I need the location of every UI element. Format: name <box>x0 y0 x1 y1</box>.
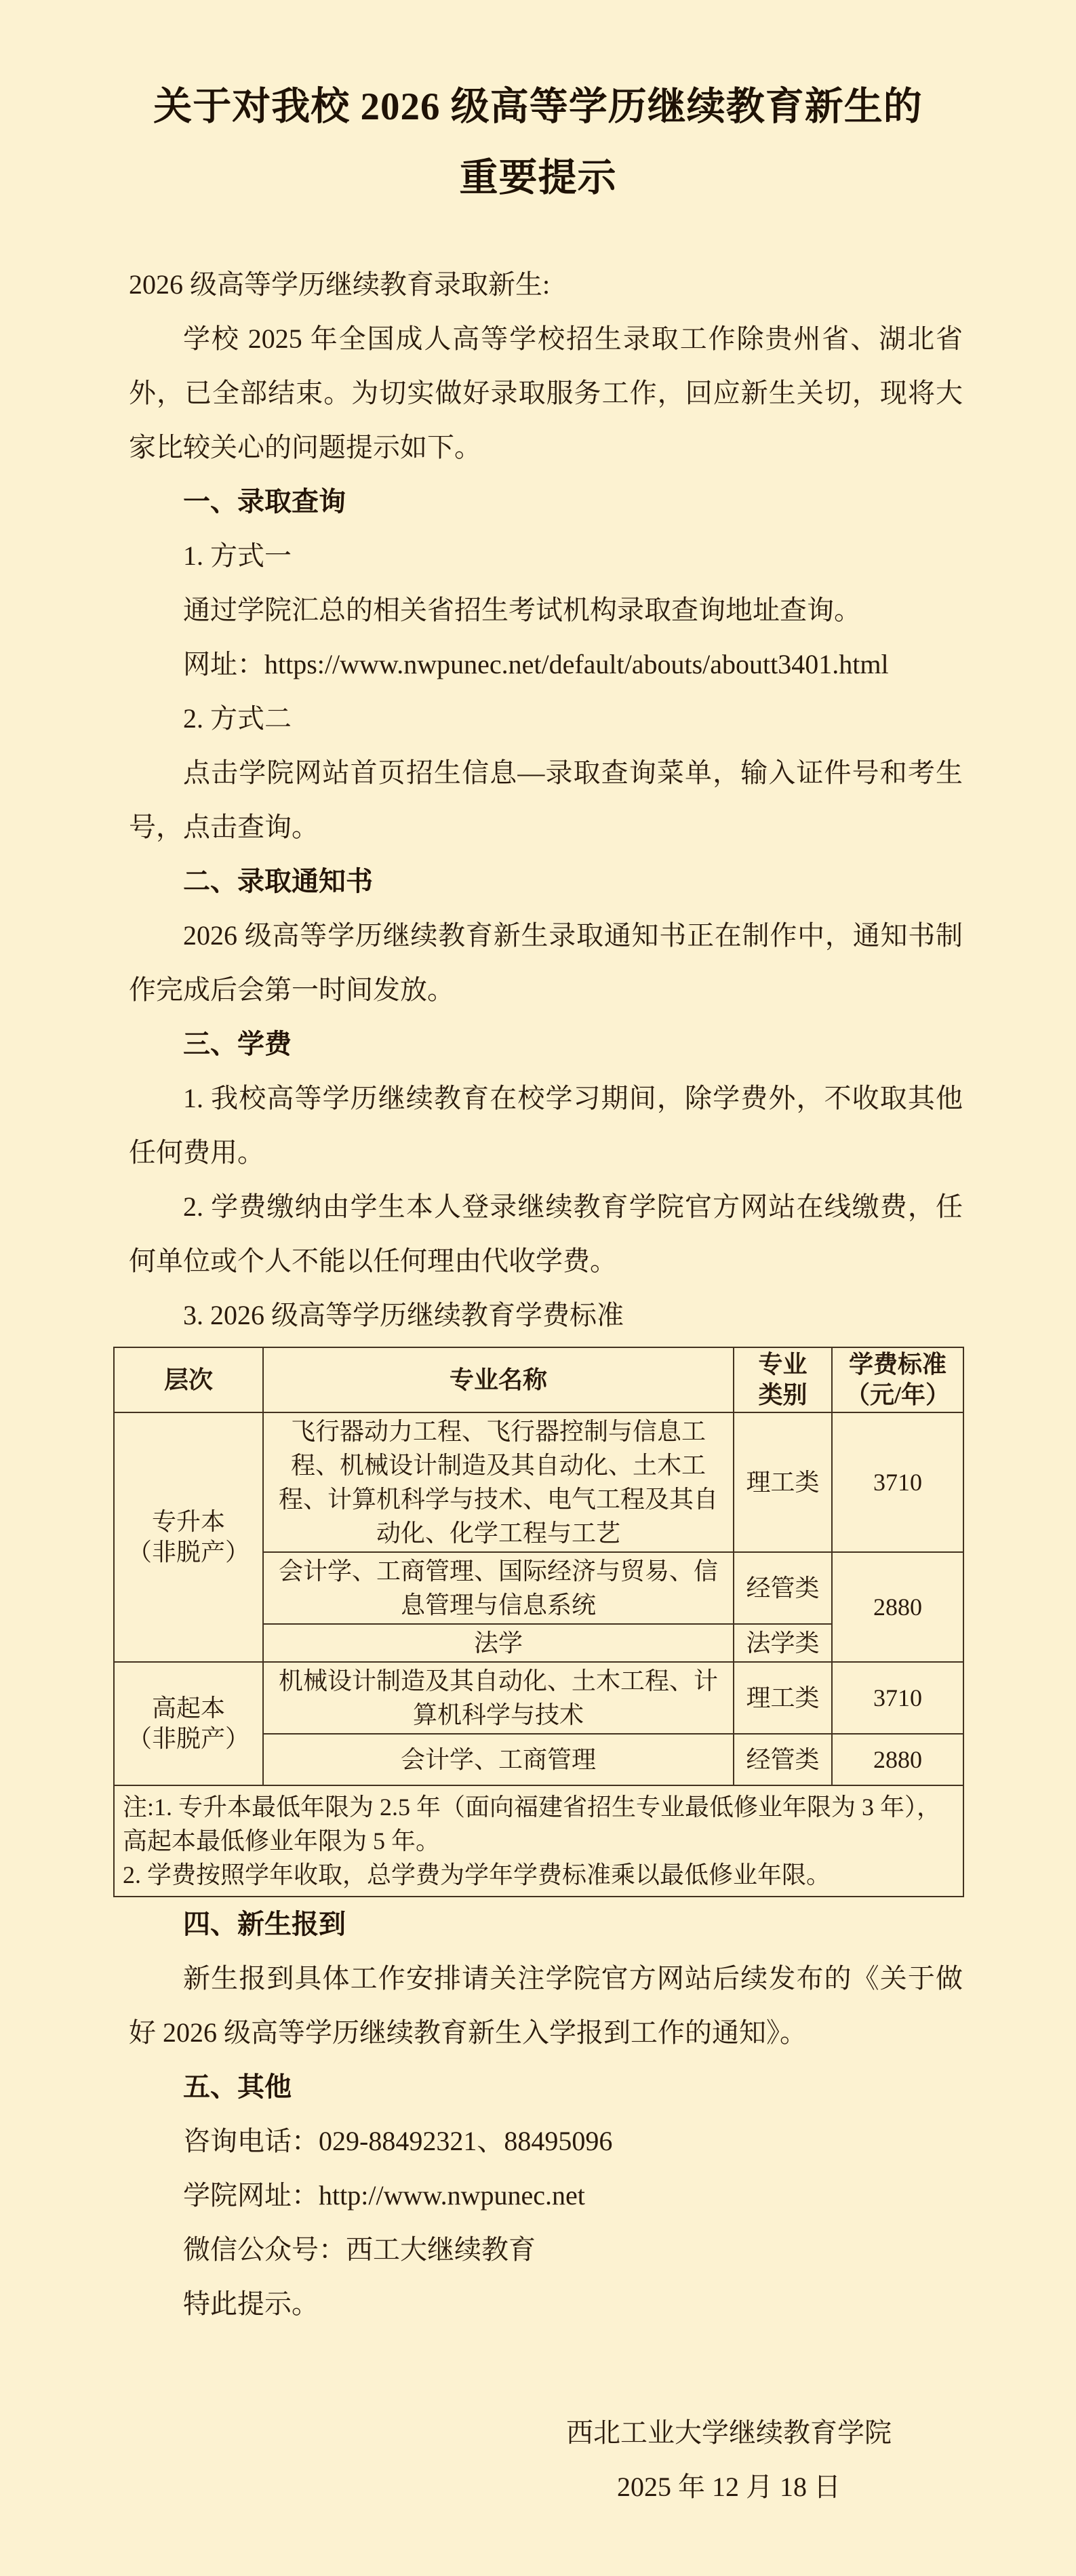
table-note-row: 注:1. 专升本最低年限为 2.5 年（面向福建省招生专业最低修业年限为 3 年… <box>114 1785 963 1897</box>
contact-phone: 咨询电话：029-88492321、88495096 <box>129 2114 963 2168</box>
header-level: 层次 <box>114 1347 263 1412</box>
page-title: 关于对我校 2026 级高等学历继续教育新生的 重要提示 <box>113 71 963 214</box>
table-header-row: 层次 专业名称 专业 类别 学费标准 （元/年） <box>114 1347 963 1412</box>
signature-organization: 西北工业大学继续教育学院 <box>566 2406 892 2460</box>
fee-cell-merged: 2880 <box>832 1552 963 1662</box>
closing-line: 特此提示。 <box>129 2277 963 2331</box>
category-cell: 理工类 <box>734 1412 832 1552</box>
table-row: 专升本 （非脱产） 飞行器动力工程、飞行器控制与信息工程、机械设计制造及其自动化… <box>114 1412 963 1552</box>
page-title-line1: 关于对我校 2026 级高等学历继续教育新生的 <box>113 71 963 142</box>
table-note-line1: 注:1. 专升本最低年限为 2.5 年（面向福建省招生专业最低修业年限为 3 年… <box>123 1790 955 1858</box>
majors-cell: 会计学、工商管理、国际经济与贸易、信息管理与信息系统 <box>263 1552 734 1624</box>
section-2-paragraph: 2026 级高等学历继续教育新生录取通知书正在制作中，通知书制作完成后会第一时间… <box>129 909 963 1017</box>
category-cell: 经管类 <box>734 1734 832 1785</box>
majors-cell: 会计学、工商管理 <box>263 1734 734 1785</box>
category-cell: 理工类 <box>734 1662 832 1734</box>
table-note: 注:1. 专升本最低年限为 2.5 年（面向福建省招生专业最低修业年限为 3 年… <box>114 1785 963 1897</box>
category-cell: 经管类 <box>734 1552 832 1624</box>
header-major: 专业名称 <box>263 1347 734 1412</box>
tuition-item-3: 3. 2026 级高等学历继续教育学费标准 <box>129 1288 963 1343</box>
intro-paragraph: 学校 2025 年全国成人高等学校招生录取工作除贵州省、湖北省外，已全部结束。为… <box>129 312 963 475</box>
tuition-table: 层次 专业名称 专业 类别 学费标准 （元/年） 专升本 （非脱产） 飞行器动力… <box>113 1347 964 1897</box>
method-1-url: 网址：https://www.nwpunec.net/default/about… <box>129 637 963 692</box>
notice-document: 关于对我校 2026 级高等学历继续教育新生的 重要提示 2026 级高等学历继… <box>0 0 1076 2576</box>
college-website: 学院网址：http://www.nwpunec.net <box>129 2168 963 2223</box>
section-4-heading: 四、新生报到 <box>129 1897 963 1951</box>
category-cell: 法学类 <box>734 1624 832 1662</box>
table-row: 高起本 （非脱产） 机械设计制造及其自动化、土木工程、计算机科学与技术 理工类 … <box>114 1662 963 1734</box>
fee-cell: 2880 <box>832 1734 963 1785</box>
fee-cell: 3710 <box>832 1662 963 1734</box>
method-2-label: 2. 方式二 <box>129 692 963 746</box>
method-1-description: 通过学院汇总的相关省招生考试机构录取查询地址查询。 <box>129 583 963 637</box>
tuition-item-2: 2. 学费缴纳由学生本人登录继续教育学院官方网站在线缴费，任何单位或个人不能以任… <box>129 1180 963 1288</box>
section-1-heading: 一、录取查询 <box>129 475 963 529</box>
level-cell-zsb: 专升本 （非脱产） <box>114 1412 263 1662</box>
majors-cell: 飞行器动力工程、飞行器控制与信息工程、机械设计制造及其自动化、土木工程、计算机科… <box>263 1412 734 1552</box>
table-note-line2: 2. 学费按照学年收取，总学费为学年学费标准乘以最低修业年限。 <box>123 1858 955 1892</box>
method-2-description: 点击学院网站首页招生信息—录取查询菜单，输入证件号和考生号，点击查询。 <box>129 746 963 854</box>
majors-cell: 机械设计制造及其自动化、土木工程、计算机科学与技术 <box>263 1662 734 1734</box>
page-title-line2: 重要提示 <box>113 142 963 214</box>
majors-cell: 法学 <box>263 1624 734 1662</box>
header-category: 专业 类别 <box>734 1347 832 1412</box>
signature-date: 2025 年 12 月 18 日 <box>566 2460 892 2514</box>
method-1-label: 1. 方式一 <box>129 529 963 583</box>
section-3-heading: 三、学费 <box>129 1017 963 1071</box>
wechat-account: 微信公众号：西工大继续教育 <box>129 2223 963 2277</box>
section-4-paragraph: 新生报到具体工作安排请关注学院官方网站后续发布的《关于做好 2026 级高等学历… <box>129 1951 963 2060</box>
fee-cell: 3710 <box>832 1412 963 1552</box>
signature-block: 西北工业大学继续教育学院 2025 年 12 月 18 日 <box>113 2406 963 2514</box>
tuition-item-1: 1. 我校高等学历继续教育在校学习期间，除学费外，不收取其他任何费用。 <box>129 1071 963 1180</box>
level-cell-gqb: 高起本 （非脱产） <box>114 1662 263 1785</box>
header-fee: 学费标准 （元/年） <box>832 1347 963 1412</box>
section-5-heading: 五、其他 <box>129 2060 963 2114</box>
section-2-heading: 二、录取通知书 <box>129 854 963 909</box>
salutation: 2026 级高等学历继续教育录取新生: <box>129 258 963 312</box>
